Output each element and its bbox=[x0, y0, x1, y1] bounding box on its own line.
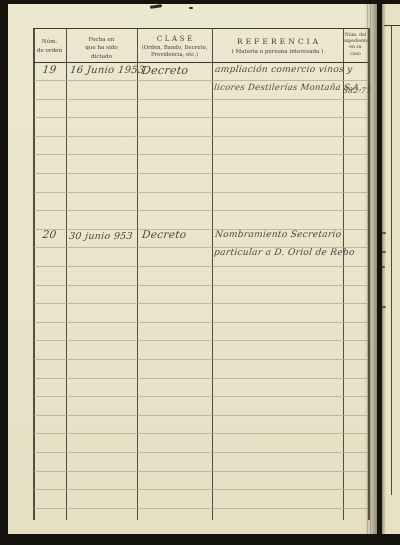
header-title: CLASE bbox=[137, 35, 212, 43]
column-header-fecha: Fecha en que ha sido dictado bbox=[66, 36, 137, 61]
header-line: que ha sido bbox=[66, 44, 137, 52]
column-header-clase: CLASE (Orden, Bando, Decreto, Providenci… bbox=[137, 35, 212, 60]
adjacent-page-edge bbox=[382, 4, 400, 534]
header-line: de orden bbox=[33, 47, 66, 56]
ink-mark bbox=[382, 232, 386, 234]
header-line: ( Materia o persona interesada ) bbox=[212, 49, 343, 55]
ink-mark bbox=[382, 251, 386, 253]
adjacent-table-border bbox=[391, 25, 392, 495]
column-header-referencia: REFERENCIA ( Materia o persona interesad… bbox=[212, 37, 343, 55]
ink-mark bbox=[382, 266, 385, 268]
header-line: dictado bbox=[66, 53, 137, 61]
header-line: Fecha en bbox=[66, 36, 137, 44]
header-line: Providencia, etc.) bbox=[137, 52, 212, 59]
scanned-register-page: Núm. de orden Fecha en que ha sido dicta… bbox=[0, 0, 400, 545]
entry-referencia: Nombramiento Secretario bbox=[214, 230, 342, 240]
ink-smudge bbox=[189, 7, 193, 9]
entry-referencia: licores Destilerías Montaña S.A. bbox=[213, 83, 362, 93]
header-title: REFERENCIA bbox=[212, 37, 343, 46]
ink-mark bbox=[382, 306, 386, 308]
entry-clase: Decreto bbox=[141, 64, 189, 77]
column-header-num-orden: Núm. de orden bbox=[33, 38, 66, 56]
paper-page: Núm. de orden Fecha en que ha sido dicta… bbox=[8, 4, 377, 534]
entry-num: 20 bbox=[32, 229, 66, 241]
page-edge-crease bbox=[367, 4, 368, 534]
entry-clase: Decreto bbox=[141, 229, 187, 241]
entry-fecha: 16 Junio 1953 bbox=[69, 65, 145, 76]
entry-referencia: ampliación comercio vinos y bbox=[214, 65, 353, 75]
header-line: Núm. bbox=[33, 38, 66, 47]
ink-smudge bbox=[150, 4, 162, 9]
page-edge-crease bbox=[370, 4, 371, 534]
entry-referencia: particular a D. Oriol de Rebo bbox=[213, 248, 355, 258]
table-top-border bbox=[33, 28, 368, 29]
page-edge-shadow bbox=[382, 4, 386, 534]
entry-num: 19 bbox=[32, 64, 66, 76]
register-table: Núm. de orden Fecha en que ha sido dicta… bbox=[33, 28, 368, 520]
header-bottom-border bbox=[33, 62, 368, 63]
entry-fecha: 30 junio 953 bbox=[68, 231, 133, 242]
